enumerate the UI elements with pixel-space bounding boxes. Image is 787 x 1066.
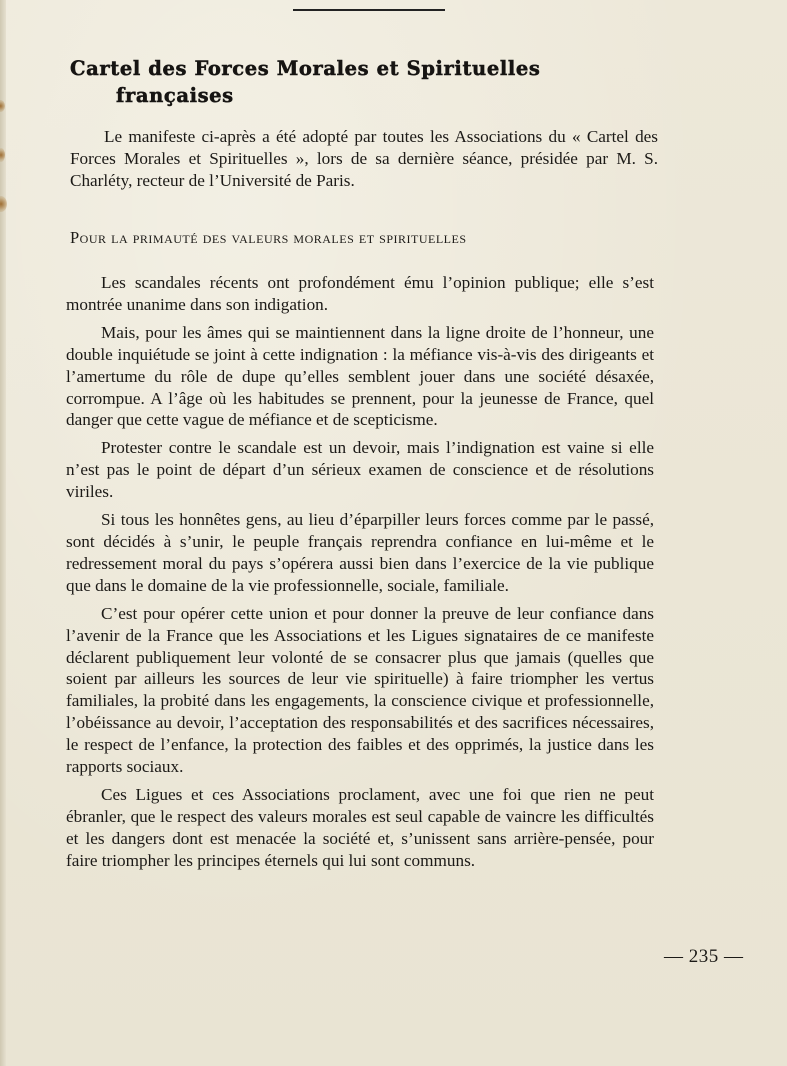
paragraph-2: Mais, pour les âmes qui se maintiennent … [66, 322, 654, 432]
paragraph-5: C’est pour opérer cette union et pour do… [66, 603, 654, 778]
intro-paragraph: Le manifeste ci-après a été adopté par t… [70, 126, 658, 193]
paragraph-1: Les scandales récents ont profondément é… [66, 272, 654, 316]
page-number: — 235 — [664, 946, 744, 968]
section-heading: Pour la primauté des valeurs morales et … [70, 226, 690, 250]
paragraph-4: Si tous les honnêtes gens, au lieu d’épa… [66, 509, 654, 597]
paragraph-3: Protester contre le scandale est un devo… [66, 437, 654, 503]
paragraph-6: Ces Ligues et ces Associations proclamen… [66, 784, 654, 872]
top-rule-divider [293, 9, 445, 11]
title-line-2: françaises [70, 82, 670, 109]
article-title: Cartel des Forces Morales et Spirituelle… [70, 55, 670, 109]
manifesto-body: Les scandales récents ont profondément é… [66, 272, 654, 878]
scanned-page: Cartel des Forces Morales et Spirituelle… [0, 0, 787, 1066]
title-line-1: Cartel des Forces Morales et Spirituelle… [70, 57, 540, 80]
